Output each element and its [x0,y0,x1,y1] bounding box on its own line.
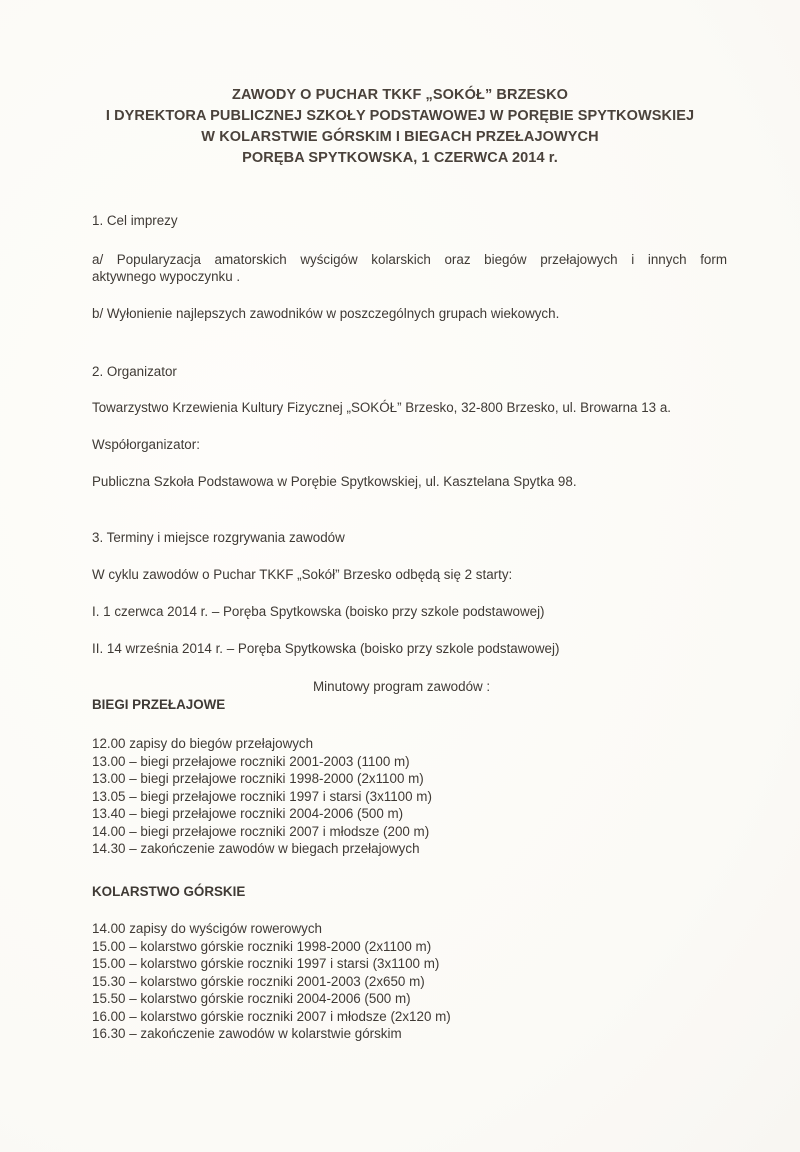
section-2-heading: 2. Organizator [92,364,177,379]
schedule-item: 15.30 – kolarstwo górskie roczniki 2001-… [92,973,451,991]
section-1-heading: 1. Cel imprezy [92,213,178,228]
title-line-4: PORĘBA SPYTKOWSKA, 1 CZERWCA 2014 r. [0,148,800,169]
co-organizer-text: Publiczna Szkoła Podstawowa w Porębie Sp… [92,474,577,489]
start-2: II. 14 września 2014 r. – Poręba Spytkow… [92,641,559,656]
schedule-item: 12.00 zapisy do biegów przełajowych [92,735,432,753]
schedule-item: 14.00 zapisy do wyścigów rowerowych [92,920,451,938]
cycling-heading: KOLARSTWO GÓRSKIE [92,884,245,899]
schedule-item: 15.00 – kolarstwo górskie roczniki 1997 … [92,955,451,973]
section-1-item-a-line-2: aktywnego wypoczynku . [92,269,240,284]
program-label: Minutowy program zawodów : [313,679,490,694]
section-3-intro: W cyklu zawodów o Puchar TKKF „Sokół” Br… [92,567,512,582]
schedule-item: 15.50 – kolarstwo górskie roczniki 2004-… [92,990,451,1008]
start-1: I. 1 czerwca 2014 r. – Poręba Spytkowska… [92,604,545,619]
section-3-heading: 3. Terminy i miejsce rozgrywania zawodów [92,530,345,545]
scanned-document-page: ZAWODY O PUCHAR TKKF „SOKÓŁ” BRZESKO I D… [0,0,800,1152]
schedule-item: 16.00 – kolarstwo górskie roczniki 2007 … [92,1008,451,1026]
running-schedule-list: 12.00 zapisy do biegów przełajowych 13.0… [92,735,432,858]
title-line-2: I DYREKTORA PUBLICZNEJ SZKOŁY PODSTAWOWE… [0,106,800,127]
schedule-item: 14.30 – zakończenie zawodów w biegach pr… [92,840,432,858]
section-1-item-b: b/ Wyłonienie najlepszych zawodników w p… [92,306,559,321]
document-title: ZAWODY O PUCHAR TKKF „SOKÓŁ” BRZESKO I D… [0,85,800,169]
schedule-item: 13.00 – biegi przełajowe roczniki 1998-2… [92,770,432,788]
schedule-item: 13.40 – biegi przełajowe roczniki 2004-2… [92,805,432,823]
title-line-3: W KOLARSTWIE GÓRSKIM I BIEGACH PRZEŁAJOW… [0,127,800,148]
organizer-text: Towarzystwo Krzewienia Kultury Fizycznej… [92,400,671,415]
title-line-1: ZAWODY O PUCHAR TKKF „SOKÓŁ” BRZESKO [0,85,800,106]
cycling-schedule-list: 14.00 zapisy do wyścigów rowerowych 15.0… [92,920,451,1043]
section-1-item-a-line-1: a/ Popularyzacja amatorskich wyścigów ko… [92,250,727,269]
schedule-item: 13.00 – biegi przełajowe roczniki 2001-2… [92,753,432,771]
schedule-item: 14.00 – biegi przełajowe roczniki 2007 i… [92,823,432,841]
schedule-item: 13.05 – biegi przełajowe roczniki 1997 i… [92,788,432,806]
schedule-item: 15.00 – kolarstwo górskie roczniki 1998-… [92,938,451,956]
co-organizer-label: Współorganizator: [92,437,200,452]
schedule-item: 16.30 – zakończenie zawodów w kolarstwie… [92,1025,451,1043]
running-heading: BIEGI PRZEŁAJOWE [92,697,225,712]
